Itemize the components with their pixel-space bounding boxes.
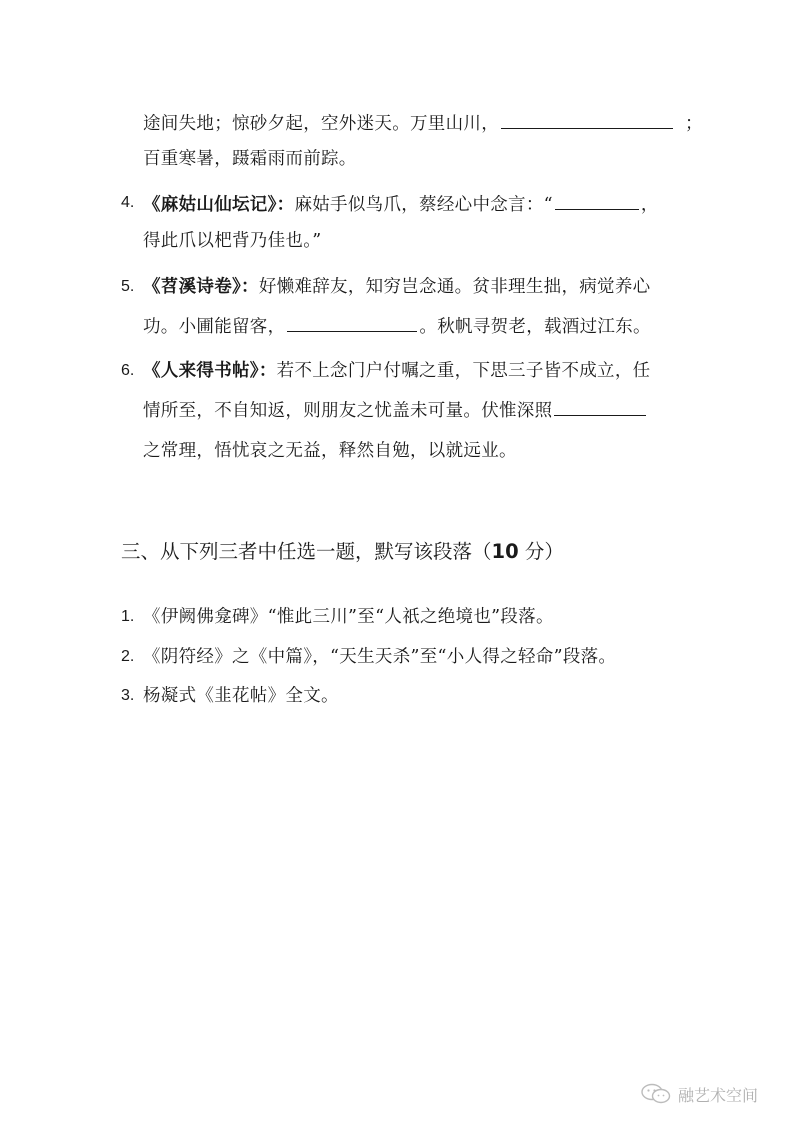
section-score: 10 xyxy=(492,540,519,563)
wechat-icon xyxy=(640,1083,672,1105)
answer-blank[interactable] xyxy=(554,397,646,416)
item-title: 《麻姑山仙坛记》： xyxy=(143,195,294,215)
item-5-line-2: 功。小圃能留客，。秋帆寻贺老，载酒过江东。 xyxy=(143,313,651,339)
item-number: 4. xyxy=(121,191,134,215)
item-6-line-2: 情所至，不自知返，则朋友之忧盖未可量。伏惟深照 xyxy=(143,397,648,423)
item-4-line-1: 《麻姑山仙坛记》：麻姑手似鸟爪，蔡经心中念言：“， xyxy=(143,191,659,217)
watermark: 融艺术空间 xyxy=(640,1081,785,1107)
option-number: 3. xyxy=(121,684,134,708)
item-4-line-2: 得此爪以杷背乃佳也。” xyxy=(143,229,322,253)
answer-blank[interactable] xyxy=(555,191,639,210)
continuation-text-2: 百重寒暑，蹑霜雨而前踪。 xyxy=(143,149,357,169)
item-6-line-3: 之常理，悟忧哀之无益，释然自勉，以就远业。 xyxy=(143,439,517,463)
item-text: 好懒难辞友，知穷岂念通。贫非理生拙，病觉养心 xyxy=(259,277,651,297)
option-text: 杨凝式《韭花帖》全文。 xyxy=(143,686,339,706)
item-text: 。秋帆寻贺老，载酒过江东。 xyxy=(419,317,650,337)
option-2: 《阴符经》之《中篇》，“天生天杀”至“小人得之轻命”段落。 xyxy=(143,645,616,669)
item-text: 得此爪以杷背乃佳也。” xyxy=(143,231,322,251)
continuation-line-2: 百重寒暑，蹑霜雨而前踪。 xyxy=(143,147,357,171)
section-heading-end: 分） xyxy=(519,540,564,563)
option-3: 杨凝式《韭花帖》全文。 xyxy=(143,684,339,708)
item-5-line-1: 《苕溪诗卷》：好懒难辞友，知穷岂念通。贫非理生拙，病觉养心 xyxy=(143,275,650,299)
item-number: 5. xyxy=(121,275,134,299)
item-text: 若不上念门户付嘱之重，下思三子皆不成立，任 xyxy=(277,361,651,381)
option-number: 2. xyxy=(121,645,134,669)
answer-blank[interactable] xyxy=(501,110,673,129)
continuation-punct: ； xyxy=(685,114,703,134)
item-number: 6. xyxy=(121,359,134,383)
section-heading-text: 三、从下列三者中任选一题，默写该段落（ xyxy=(121,540,492,563)
item-text: 情所至，不自知返，则朋友之忧盖未可量。伏惟深照 xyxy=(143,401,552,421)
section-heading: 三、从下列三者中任选一题，默写该段落（10 分） xyxy=(121,538,564,566)
continuation-line-1: 途间失地；惊砂夕起，空外迷天。万里山川，； xyxy=(143,110,703,136)
item-6-line-1: 《人来得书帖》：若不上念门户付嘱之重，下思三子皆不成立，任 xyxy=(143,359,650,383)
item-title: 《人来得书帖》： xyxy=(143,361,277,381)
item-punct: ， xyxy=(641,195,659,215)
continuation-text-1: 途间失地；惊砂夕起，空外迷天。万里山川， xyxy=(143,114,499,134)
option-1: 《伊阙佛龛碑》“惟此三川”至“人祇之绝境也”段落。 xyxy=(143,605,554,629)
item-text: 之常理，悟忧哀之无益，释然自勉，以就远业。 xyxy=(143,441,517,461)
watermark-text: 融艺术空间 xyxy=(678,1083,758,1106)
item-text: 麻姑手似鸟爪，蔡经心中念言：“ xyxy=(294,195,552,215)
answer-blank[interactable] xyxy=(287,313,417,332)
option-text: 《伊阙佛龛碑》“惟此三川”至“人祇之绝境也”段落。 xyxy=(143,607,554,627)
item-text: 功。小圃能留客， xyxy=(143,317,285,337)
option-text: 《阴符经》之《中篇》，“天生天杀”至“小人得之轻命”段落。 xyxy=(143,647,616,667)
item-title: 《苕溪诗卷》： xyxy=(143,277,259,297)
option-number: 1. xyxy=(121,605,134,629)
